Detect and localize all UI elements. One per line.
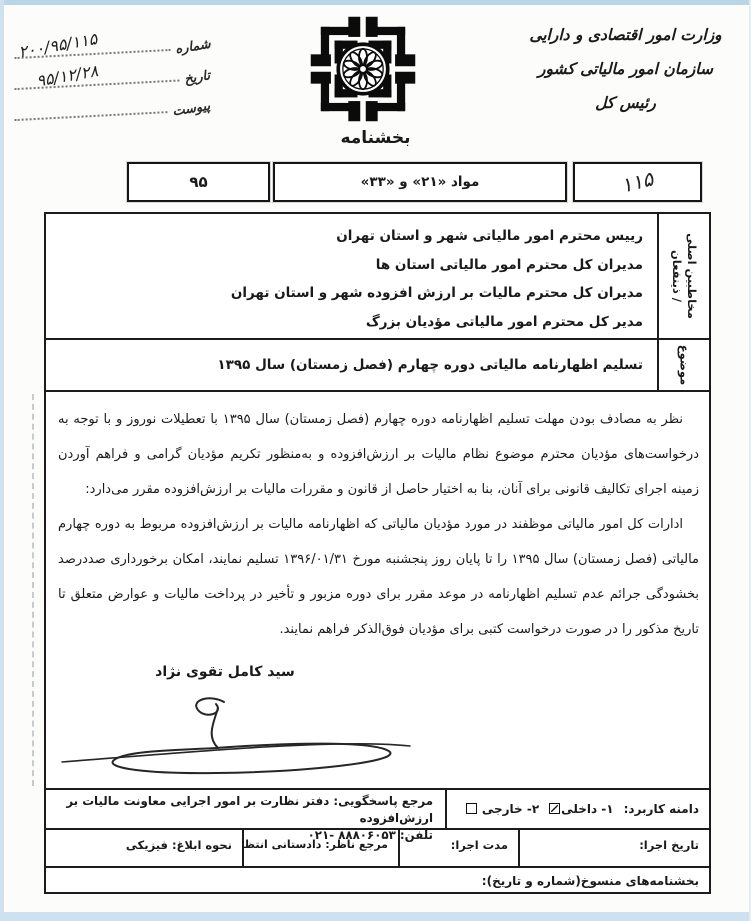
body-paragraph-2: ادارات کل امور مالیاتی موظفند در مورد مؤ… — [58, 507, 699, 642]
ref-year-box: ۹۵ — [127, 162, 270, 202]
notification-method-cell: نحوه ابلاغ: فیزیکی — [46, 830, 242, 866]
recipient-line: مدیران کل محترم امور مالیاتی استان ها — [56, 251, 643, 280]
repealed-circulars-row: بخشنامه‌های منسوخ(شماره و تاریخ): — [46, 868, 709, 892]
signature-section: سید کامل تقوی نژاد — [46, 642, 709, 788]
subject-row: موضوع تسلیم اظهارنامه مالیاتی دوره چهارم… — [46, 340, 709, 392]
recipients-label-line2: / ذینفعان — [669, 233, 684, 319]
footer-row-execution: تاریخ اجرا: مدت اجرا: مرجع ناظر: دادستان… — [46, 830, 709, 868]
scope-option-external: ۲- خارجی — [466, 802, 540, 816]
tax-organization-name: سازمان امور مالیاتی کشور — [508, 52, 743, 86]
checked-checkbox-icon — [549, 803, 560, 814]
recipient-line: مدیران کل محترم مالیات بر ارزش افزوده شه… — [56, 279, 643, 308]
scope-external-text: ۲- خارجی — [482, 802, 539, 816]
stamp-fields: شماره ۲۰۰/۹۵/۱۱۵ تاریخ ۹۵/۱۲/۲۸ پیوست — [14, 28, 210, 121]
signature-scribble — [56, 688, 416, 788]
recipients-label-line1: مخاطبین اصلی — [684, 233, 699, 319]
execution-date-cell: تاریخ اجرا: — [518, 830, 709, 866]
recipients-label-column: مخاطبین اصلی / ذینفعان — [657, 214, 709, 338]
ref-number-box: ۱۱۵ — [573, 162, 702, 202]
attachment-label: پیوست — [166, 99, 211, 121]
execution-duration-cell: مدت اجرا: — [398, 830, 518, 866]
scan-margin-artifact — [32, 394, 34, 786]
recipients-vertical-label: مخاطبین اصلی / ذینفعان — [669, 233, 699, 319]
recipients-list: رییس محترم امور مالیاتی شهر و استان تهرا… — [46, 214, 657, 338]
recipients-row: مخاطبین اصلی / ذینفعان رییس محترم امور م… — [46, 214, 709, 340]
scope-internal-text: ۱- داخلی — [561, 802, 613, 816]
responder-cell: مرجع پاسخگویی: دفتر نظارت بر امور اجرایی… — [46, 790, 445, 828]
letterhead-org-block: وزارت امور اقتصادی و دارایی سازمان امور … — [508, 18, 743, 120]
ministry-name: وزارت امور اقتصادی و دارایی — [508, 18, 743, 52]
circular-main-table: مخاطبین اصلی / ذینفعان رییس محترم امور م… — [44, 212, 711, 894]
body-section: نظر به مصادف بودن مهلت تسلیم اظهارنامه د… — [46, 392, 709, 642]
director-general-title: رئیس کل — [508, 86, 743, 120]
subject-label-column: موضوع — [657, 340, 709, 390]
signatory-name: سید کامل تقوی نژاد — [150, 664, 300, 680]
tax-administration-emblem-logo — [303, 14, 423, 124]
scanned-circular-page: وزارت امور اقتصادی و دارایی سازمان امور … — [0, 0, 751, 921]
scope-cell: دامنه کاربرد: ۱- داخلی ۲- خارجی — [445, 790, 709, 828]
scan-edge-bottom — [0, 912, 751, 921]
ref-articles-box: مواد «۲۱» و «۳۳» — [273, 162, 567, 202]
scan-edge-top — [0, 0, 751, 5]
subject-text: تسلیم اظهارنامه مالیاتی دوره چهارم (فصل … — [46, 340, 657, 390]
dotted-line — [14, 103, 167, 121]
subject-vertical-label: موضوع — [677, 345, 692, 386]
responder-text: مرجع پاسخگویی: دفتر نظارت بر امور اجرایی… — [58, 793, 433, 827]
circular-number-handwritten: ۱۱۵ — [619, 166, 656, 197]
scope-label: دامنه کاربرد: — [624, 802, 699, 816]
footer-row-scope: دامنه کاربرد: ۱- داخلی ۲- خارجی مرجع پاس… — [46, 788, 709, 830]
document-type-title: بخشنامه — [0, 128, 751, 148]
scope-option-internal: ۱- داخلی — [549, 802, 613, 816]
supervisor-cell: مرجع ناظر: دادستانی انتظامی مالیاتی — [242, 830, 398, 866]
body-paragraph-1: نظر به مصادف بودن مهلت تسلیم اظهارنامه د… — [58, 402, 699, 507]
recipient-line: رییس محترم امور مالیاتی شهر و استان تهرا… — [56, 222, 643, 251]
recipient-line: مدیر کل محترم امور مالیاتی مؤدیان بزرگ — [56, 308, 643, 337]
unchecked-checkbox-icon — [466, 803, 477, 814]
